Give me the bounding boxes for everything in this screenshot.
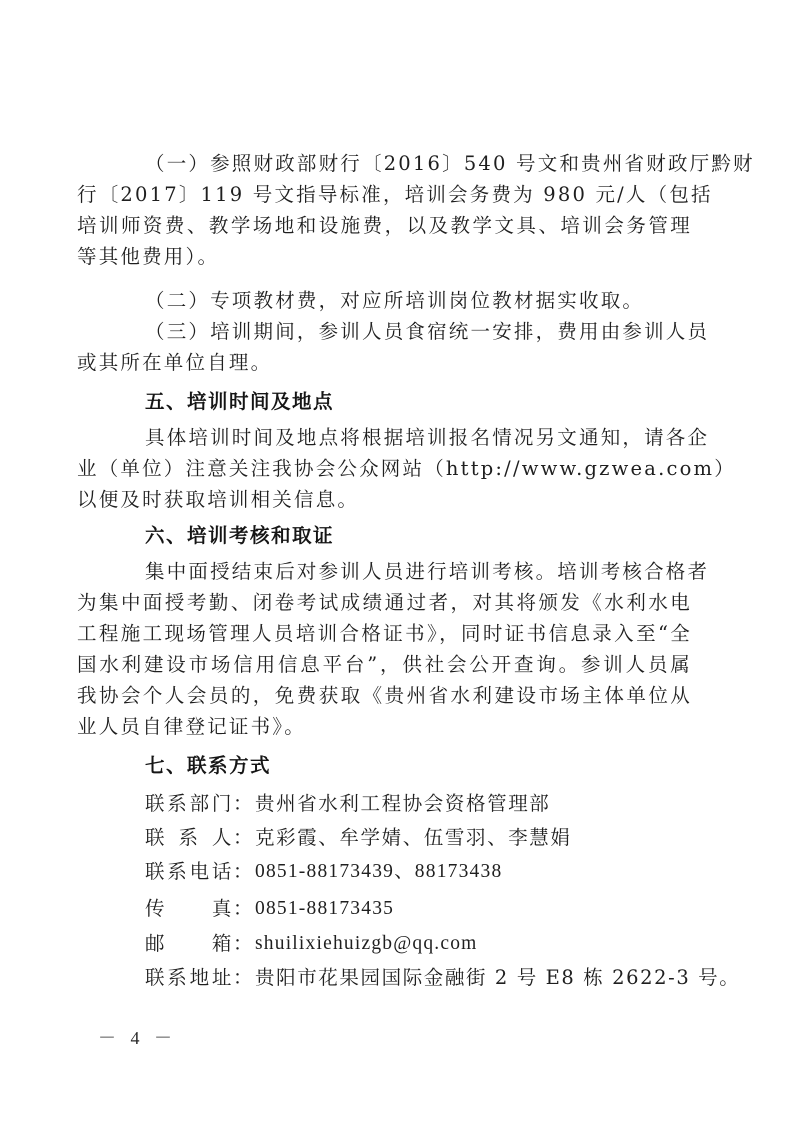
contact-email-label: 邮箱 [145, 928, 233, 960]
contact-department-value: 贵州省水利工程协会资格管理部 [255, 788, 550, 820]
section-7-heading: 七、联系方式 [145, 750, 692, 782]
contact-email-row: 邮箱：shuilixiehuizgb@qq.com [145, 928, 478, 960]
fee-item-2-line-1: （二）专项教材费，对应所培训岗位教材据实收取。 [145, 285, 692, 317]
section-5-line-2: 业（单位）注意关注我协会公众网站（http://www.gzwea.com） [77, 453, 692, 485]
contact-address-label: 联系地址 [145, 962, 233, 994]
contact-department-row: 联系部门：贵州省水利工程协会资格管理部 [145, 788, 550, 820]
contact-email-value[interactable]: shuilixiehuizgb@qq.com [255, 928, 478, 960]
contact-address-value: 贵阳市花果园国际金融街 2 号 E8 栋 2622-3 号。 [255, 962, 740, 994]
contact-person-value: 克彩霞、牟学婧、伍雪羽、李慧娟 [255, 822, 572, 854]
fee-item-1-line-3: 培训师资费、教学场地和设施费，以及教学文具、培训会务管理 [77, 210, 692, 242]
contact-person-label: 联系人 [145, 822, 233, 854]
contact-colon: ： [233, 822, 255, 854]
contact-fax-label: 传真 [145, 893, 233, 925]
section-6-line-6: 业人员自律登记证书》。 [77, 711, 692, 743]
document-page: （一）参照财政部财行〔2016〕540 号文和贵州省财政厅黔财 行〔2017〕1… [0, 0, 792, 1121]
contact-fax-row: 传真：0851-88173435 [145, 893, 394, 925]
contact-fax-value: 0851-88173435 [255, 893, 394, 925]
section-6-line-4: 国水利建设市场信用信息平台”，供社会公开查询。参训人员属 [77, 649, 692, 681]
contact-colon: ： [233, 856, 255, 888]
contact-colon: ： [233, 788, 255, 820]
contact-department-label: 联系部门 [145, 788, 233, 820]
contact-colon: ： [233, 928, 255, 960]
contact-phone-value: 0851-88173439、88173438 [255, 856, 502, 888]
section-5-line-3: 以便及时获取培训相关信息。 [77, 484, 692, 516]
contact-phone-row: 联系电话：0851-88173439、88173438 [145, 856, 502, 888]
fee-item-1-line-1: （一）参照财政部财行〔2016〕540 号文和贵州省财政厅黔财 [145, 148, 692, 180]
contact-address-row: 联系地址：贵阳市花果园国际金融街 2 号 E8 栋 2622-3 号。 [145, 962, 740, 994]
contact-colon: ： [233, 893, 255, 925]
fee-item-1-line-2: 行〔2017〕119 号文指导标准，培训会务费为 980 元/人（包括 [77, 179, 692, 211]
section-6-heading: 六、培训考核和取证 [145, 520, 692, 552]
section-6-line-2: 为集中面授考勤、闭卷考试成绩通过者，对其将颁发《水利水电 [77, 587, 692, 619]
section-5-line-1: 具体培训时间及地点将根据培训报名情况另文通知，请各企 [145, 422, 692, 454]
section-5-heading: 五、培训时间及地点 [145, 386, 692, 418]
fee-item-3-line-1: （三）培训期间，参训人员食宿统一安排，费用由参训人员 [145, 316, 692, 348]
page-number: － 4 － [98, 1024, 177, 1050]
contact-phone-label: 联系电话 [145, 856, 233, 888]
section-6-line-5: 我协会个人会员的，免费获取《贵州省水利建设市场主体单位从 [77, 680, 692, 712]
section-6-line-3: 工程施工现场管理人员培训合格证书》，同时证书信息录入至“全 [77, 618, 692, 650]
contact-colon: ： [233, 962, 255, 994]
fee-item-1-line-4: 等其他费用）。 [77, 241, 692, 273]
section-6-line-1: 集中面授结束后对参训人员进行培训考核。培训考核合格者 [145, 556, 692, 588]
contact-person-row: 联系人：克彩霞、牟学婧、伍雪羽、李慧娟 [145, 822, 572, 854]
fee-item-3-line-2: 或其所在单位自理。 [77, 347, 692, 379]
